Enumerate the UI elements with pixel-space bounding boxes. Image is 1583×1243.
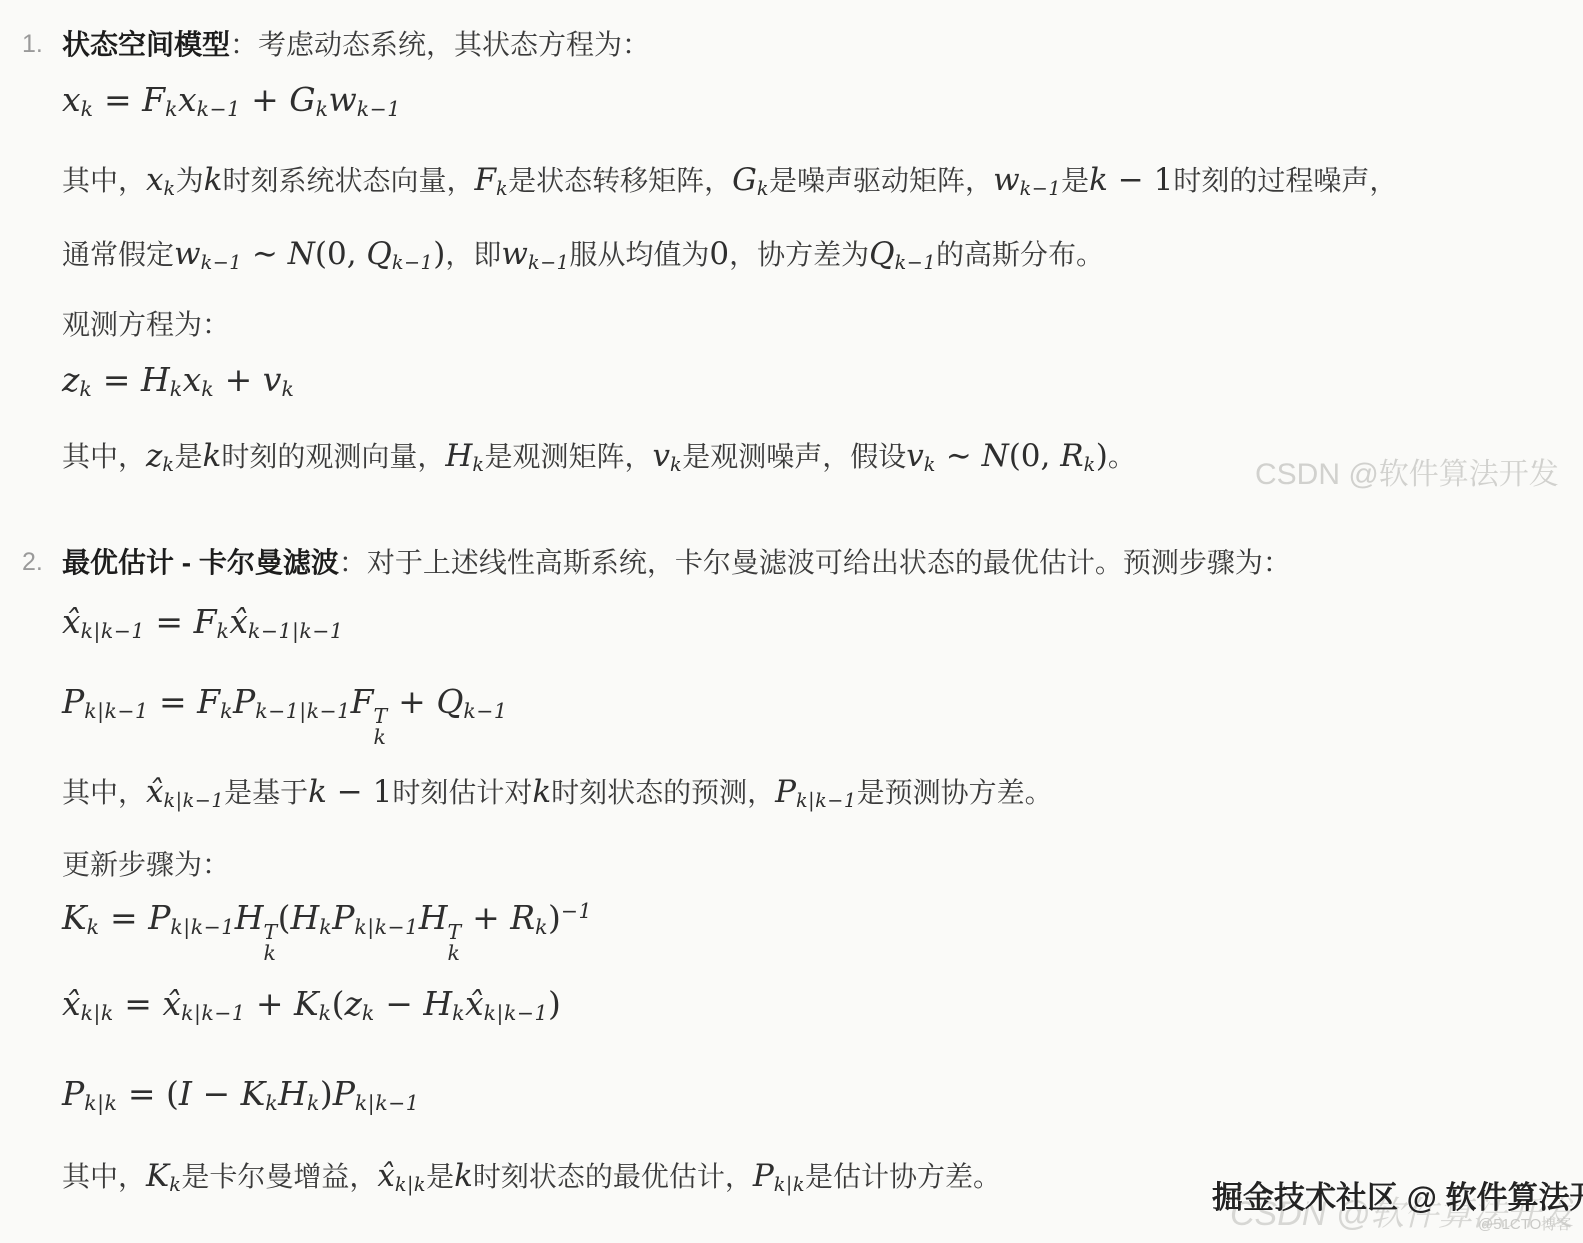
text-run: ：对于上述线性高斯系统，卡尔曼滤波可给出状态的最优估计。预测步骤为： xyxy=(339,547,1291,578)
subscript: k|k xyxy=(84,1091,117,1115)
math-run: k − 1 xyxy=(1089,162,1173,198)
text-run: 是观测矩阵， xyxy=(485,441,653,472)
math-var: Q xyxy=(869,236,894,272)
subscript: k−1 xyxy=(528,251,569,274)
text-run: 的高斯分布。 xyxy=(936,239,1104,270)
math-var: x̂ xyxy=(162,984,181,1023)
subscript: k xyxy=(216,619,229,643)
math-var: H xyxy=(235,898,264,937)
math-var: F xyxy=(142,80,165,119)
subscript: k xyxy=(264,943,277,963)
formula-state-equation: xk = Fkxk−1 + Gkwk−1 xyxy=(62,78,401,124)
subscript: k xyxy=(79,377,92,401)
text-run: 是 xyxy=(426,1161,454,1192)
paragraph-update-vars: 其中，Kk是卡尔曼增益，x̂k|k是k时刻状态的最优估计，Pk|k是估计协方差。 xyxy=(62,1156,1001,1198)
math-var: k xyxy=(532,774,551,810)
math-var: P xyxy=(775,774,796,810)
math-var: H xyxy=(291,898,320,937)
text-run: 时刻的过程噪声， xyxy=(1173,165,1397,196)
text-run: 时刻估计对 xyxy=(392,777,532,808)
math-run: Kk xyxy=(146,1158,181,1194)
subscript: k xyxy=(164,177,176,200)
math-run: Kk = Pk|k−1HTk(HkPk|k−1HTk + Rk)−1 xyxy=(62,898,592,937)
math-var: K xyxy=(62,898,87,937)
math-run: wk−1 xyxy=(993,162,1061,198)
list-item-2-heading: 2. 最优估计 - 卡尔曼滤波：对于上述线性高斯系统，卡尔曼滤波可给出状态的最优… xyxy=(62,544,1291,582)
text-run: 是 xyxy=(1061,165,1089,196)
math-var: K xyxy=(241,1074,266,1113)
text-run: 为 xyxy=(176,165,204,196)
math-var: v xyxy=(906,438,924,474)
subscript: k xyxy=(170,377,183,401)
formula-kalman-gain: Kk = Pk|k−1HTk(HkPk|k−1HTk + Rk)−1 xyxy=(62,896,592,963)
text-run: 其中， xyxy=(62,441,146,472)
math-run: wk−1 xyxy=(501,236,569,272)
text-run: ：考虑动态系统，其状态方程为： xyxy=(230,29,650,60)
math-var: H xyxy=(141,360,170,399)
formula-updated-covariance: Pk|k = (I − KkHk)Pk|k−1 xyxy=(62,1072,419,1118)
csdn-watermark: CSDN @软件算法开发 xyxy=(1255,449,1559,493)
math-run: Pk|k−1 = FkPk−1|k−1FTk + Qk−1 xyxy=(62,682,507,721)
paragraph-state-vars-1: 其中，xk为k时刻系统状态向量，Fk是状态转移矩阵，Gk是噪声驱动矩阵，wk−1… xyxy=(62,160,1397,202)
document-page: 1. 状态空间模型：考虑动态系统，其状态方程为： xk = Fkxk−1 + G… xyxy=(0,0,1583,1243)
text-run: 是基于 xyxy=(224,777,308,808)
subscript: k xyxy=(319,1001,332,1025)
math-var: P xyxy=(333,1074,355,1113)
math-var: P xyxy=(233,682,255,721)
math-run: Fk xyxy=(474,162,508,198)
math-run: x̂k|k−1 = Fkx̂k−1|k−1 xyxy=(62,602,343,641)
subscript: k−1 xyxy=(392,251,433,274)
subscript: k xyxy=(535,915,548,939)
math-var: H xyxy=(419,898,448,937)
math-run: k xyxy=(203,438,222,474)
subscript: k−1 xyxy=(357,97,401,121)
math-run: Qk−1 xyxy=(869,236,936,272)
subscript: k xyxy=(307,1091,320,1115)
subscript: k xyxy=(201,377,214,401)
math-var: H xyxy=(278,1074,307,1113)
math-run: xk = Fkxk−1 + Gkwk−1 xyxy=(62,80,401,119)
math-run: zk xyxy=(146,438,174,474)
formula-observation-equation: zk = Hkxk + vk xyxy=(62,358,294,404)
math-var: H xyxy=(445,438,472,474)
text-run: 是噪声驱动矩阵， xyxy=(769,165,993,196)
superscript: T xyxy=(447,922,461,942)
subscript: k xyxy=(281,377,294,401)
subscript: k|k−1 xyxy=(81,619,145,643)
math-var: x xyxy=(146,162,163,198)
list-marker-2: 2. xyxy=(22,546,43,580)
text-run: ，即 xyxy=(445,239,501,270)
subscript: k−1 xyxy=(1020,177,1061,200)
subscript: k−1 xyxy=(463,699,507,723)
superscript: T xyxy=(374,706,388,726)
math-var: k xyxy=(308,774,327,810)
cto-watermark: @51CTO博客 xyxy=(1478,1213,1571,1234)
math-var: v xyxy=(263,360,282,399)
math-run: xk xyxy=(146,162,176,198)
math-var: z xyxy=(344,984,361,1023)
subscript: k xyxy=(81,97,94,121)
text-run: 时刻状态的预测， xyxy=(551,777,775,808)
math-var: k xyxy=(204,162,223,198)
subscript: k xyxy=(165,97,178,121)
math-run: wk−1 ∼ N(0, Qk−1) xyxy=(174,236,445,272)
math-var: P xyxy=(753,1158,774,1194)
subscript: k xyxy=(319,915,332,939)
paragraph-update-intro: 更新步骤为： xyxy=(62,846,230,884)
subscript: k xyxy=(496,177,508,200)
list-marker-1: 1. xyxy=(22,28,43,62)
math-run: k xyxy=(454,1158,473,1194)
script-stack: Tk xyxy=(447,922,461,963)
math-var: I xyxy=(179,1074,192,1113)
math-var: k xyxy=(454,1158,473,1194)
juejin-watermark: 掘金技术社区 @ 软件算法开发 xyxy=(1212,1180,1583,1215)
math-run: k xyxy=(204,162,223,198)
text-run: 是估计协方差。 xyxy=(805,1161,1001,1192)
math-var: w xyxy=(329,80,357,119)
math-var: P xyxy=(148,898,170,937)
superscript: T xyxy=(264,922,278,942)
text-run: ，协方差为 xyxy=(729,239,869,270)
paragraph-prediction-vars: 其中，x̂k|k−1是基于k − 1时刻估计对k时刻状态的预测，Pk|k−1是预… xyxy=(62,772,1053,814)
subscript: k xyxy=(162,453,174,476)
subscript: k|k−1 xyxy=(354,915,418,939)
math-var: K xyxy=(146,1158,169,1194)
math-var: z xyxy=(146,438,162,474)
subscript: k xyxy=(447,943,460,963)
subscript: k−1|k−1 xyxy=(248,619,343,643)
list-item-1-heading: 1. 状态空间模型：考虑动态系统，其状态方程为： xyxy=(62,26,650,64)
text-run: 其中， xyxy=(62,165,146,196)
formula-updated-state: x̂k|k = x̂k|k−1 + Kk(zk − Hkx̂k|k−1) xyxy=(62,982,561,1028)
math-var: x xyxy=(62,80,81,119)
math-var: F xyxy=(197,682,220,721)
text-run: 其中， xyxy=(62,1161,146,1192)
paragraph-state-vars-2: 通常假定wk−1 ∼ N(0, Qk−1)，即wk−1服从均值为0，协方差为Qk… xyxy=(62,234,1104,276)
math-var: x̂ xyxy=(377,1158,394,1194)
subscript: k−1 xyxy=(895,251,936,274)
text-run: 是预测协方差。 xyxy=(857,777,1053,808)
subscript: k xyxy=(362,1001,375,1025)
math-var: x̂ xyxy=(62,602,81,641)
math-var: Q xyxy=(436,682,463,721)
math-var: x̂ xyxy=(62,984,81,1023)
math-var: R xyxy=(510,898,535,937)
paragraph-observation-vars: 其中，zk是k时刻的观测向量，Hk是观测矩阵，vk是观测噪声，假设vk ∼ N(… xyxy=(62,436,1136,478)
text-run: 是观测噪声，假设 xyxy=(682,441,906,472)
subscript: k xyxy=(316,97,329,121)
math-var: w xyxy=(501,236,528,272)
text-run: 是 xyxy=(175,441,203,472)
math-var: v xyxy=(653,438,671,474)
math-run: k xyxy=(532,774,551,810)
math-var: w xyxy=(174,236,201,272)
script-stack: Tk xyxy=(374,706,388,747)
math-var: Q xyxy=(366,236,391,272)
text-run: 。 xyxy=(1108,441,1136,472)
text-bold: 最优估计 - 卡尔曼滤波 xyxy=(62,547,339,578)
math-run: x̂k|k = x̂k|k−1 + Kk(zk − Hkx̂k|k−1) xyxy=(62,984,561,1023)
math-run: Hk xyxy=(445,438,484,474)
math-var: F xyxy=(351,682,374,721)
paragraph-observation-intro: 观测方程为： xyxy=(62,306,230,344)
math-run: Pk|k−1 xyxy=(775,774,856,810)
subscript: k|k−1 xyxy=(84,699,148,723)
math-var: k xyxy=(203,438,222,474)
subscript: k xyxy=(924,453,936,476)
math-run: vk ∼ N(0, Rk) xyxy=(906,438,1108,474)
text-run: 是状态转移矩阵， xyxy=(508,165,732,196)
subscript: k xyxy=(169,1173,181,1196)
math-var: F xyxy=(474,162,496,198)
script-stack: Tk xyxy=(264,922,278,963)
subscript: k|k xyxy=(774,1173,805,1196)
subscript: k−1 xyxy=(201,251,242,274)
text-run: 观测方程为： xyxy=(62,309,230,340)
math-run: 0 xyxy=(709,236,729,272)
text-run: 时刻状态的最优估计， xyxy=(473,1161,753,1192)
math-var: G xyxy=(732,162,757,198)
math-var: R xyxy=(1060,438,1083,474)
subscript: k−1|k−1 xyxy=(255,699,350,723)
subscript: k|k−1 xyxy=(181,1001,245,1025)
math-run: zk = Hkxk + vk xyxy=(62,360,294,399)
math-var: x xyxy=(183,360,202,399)
math-var: x̂ xyxy=(146,774,163,810)
text-bold: 状态空间模型 xyxy=(62,29,230,60)
text-run: 服从均值为 xyxy=(569,239,709,270)
subscript: k xyxy=(472,453,484,476)
math-var: x xyxy=(178,80,197,119)
math-var: K xyxy=(294,984,319,1023)
math-run: Pk|k = (I − KkHk)Pk|k−1 xyxy=(62,1074,419,1113)
math-var: w xyxy=(993,162,1020,198)
subscript: k|k xyxy=(395,1173,426,1196)
formula-predicted-covariance: Pk|k−1 = FkPk−1|k−1FTk + Qk−1 xyxy=(62,680,507,747)
formula-predicted-state: x̂k|k−1 = Fkx̂k−1|k−1 xyxy=(62,600,343,646)
subscript: k−1 xyxy=(197,97,241,121)
text-run: 是卡尔曼增益， xyxy=(181,1161,377,1192)
math-run: vk xyxy=(653,438,683,474)
math-var: x̂ xyxy=(465,984,484,1023)
subscript: k xyxy=(670,453,682,476)
subscript: k xyxy=(220,699,233,723)
math-var: F xyxy=(194,602,217,641)
subscript: k|k−1 xyxy=(484,1001,548,1025)
subscript: k xyxy=(1084,453,1096,476)
subscript: k|k−1 xyxy=(164,789,225,812)
math-var: H xyxy=(423,984,452,1023)
math-var: G xyxy=(289,80,315,119)
bottom-watermark: CSDN @软件算法开发 掘金技术社区 @ 软件算法开发 xyxy=(1212,1172,1583,1217)
math-var: x̂ xyxy=(229,602,248,641)
subscript: k|k xyxy=(81,1001,114,1025)
math-var: P xyxy=(332,898,354,937)
subscript: k|k−1 xyxy=(170,915,234,939)
text-run: 时刻系统状态向量， xyxy=(222,165,474,196)
math-var: N xyxy=(982,438,1009,474)
math-var: P xyxy=(62,1074,84,1113)
math-run: x̂k|k xyxy=(377,1158,426,1194)
subscript: k xyxy=(87,915,100,939)
math-var: P xyxy=(62,682,84,721)
math-var: z xyxy=(62,360,79,399)
math-run: Gk xyxy=(732,162,769,198)
subscript: k|k−1 xyxy=(355,1091,419,1115)
subscript: k|k−1 xyxy=(796,789,857,812)
text-run: 时刻的观测向量， xyxy=(221,441,445,472)
text-run: 更新步骤为： xyxy=(62,849,230,880)
subscript: k xyxy=(452,1001,465,1025)
subscript: k xyxy=(265,1091,278,1115)
math-var: N xyxy=(288,236,315,272)
subscript: k xyxy=(374,727,387,747)
math-run: x̂k|k−1 xyxy=(146,774,224,810)
text-run: 通常假定 xyxy=(62,239,174,270)
math-run: Pk|k xyxy=(753,1158,805,1194)
subscript: k xyxy=(757,177,769,200)
math-var: k xyxy=(1089,162,1108,198)
text-run: 其中， xyxy=(62,777,146,808)
superscript: −1 xyxy=(561,899,592,923)
math-run: k − 1 xyxy=(308,774,392,810)
